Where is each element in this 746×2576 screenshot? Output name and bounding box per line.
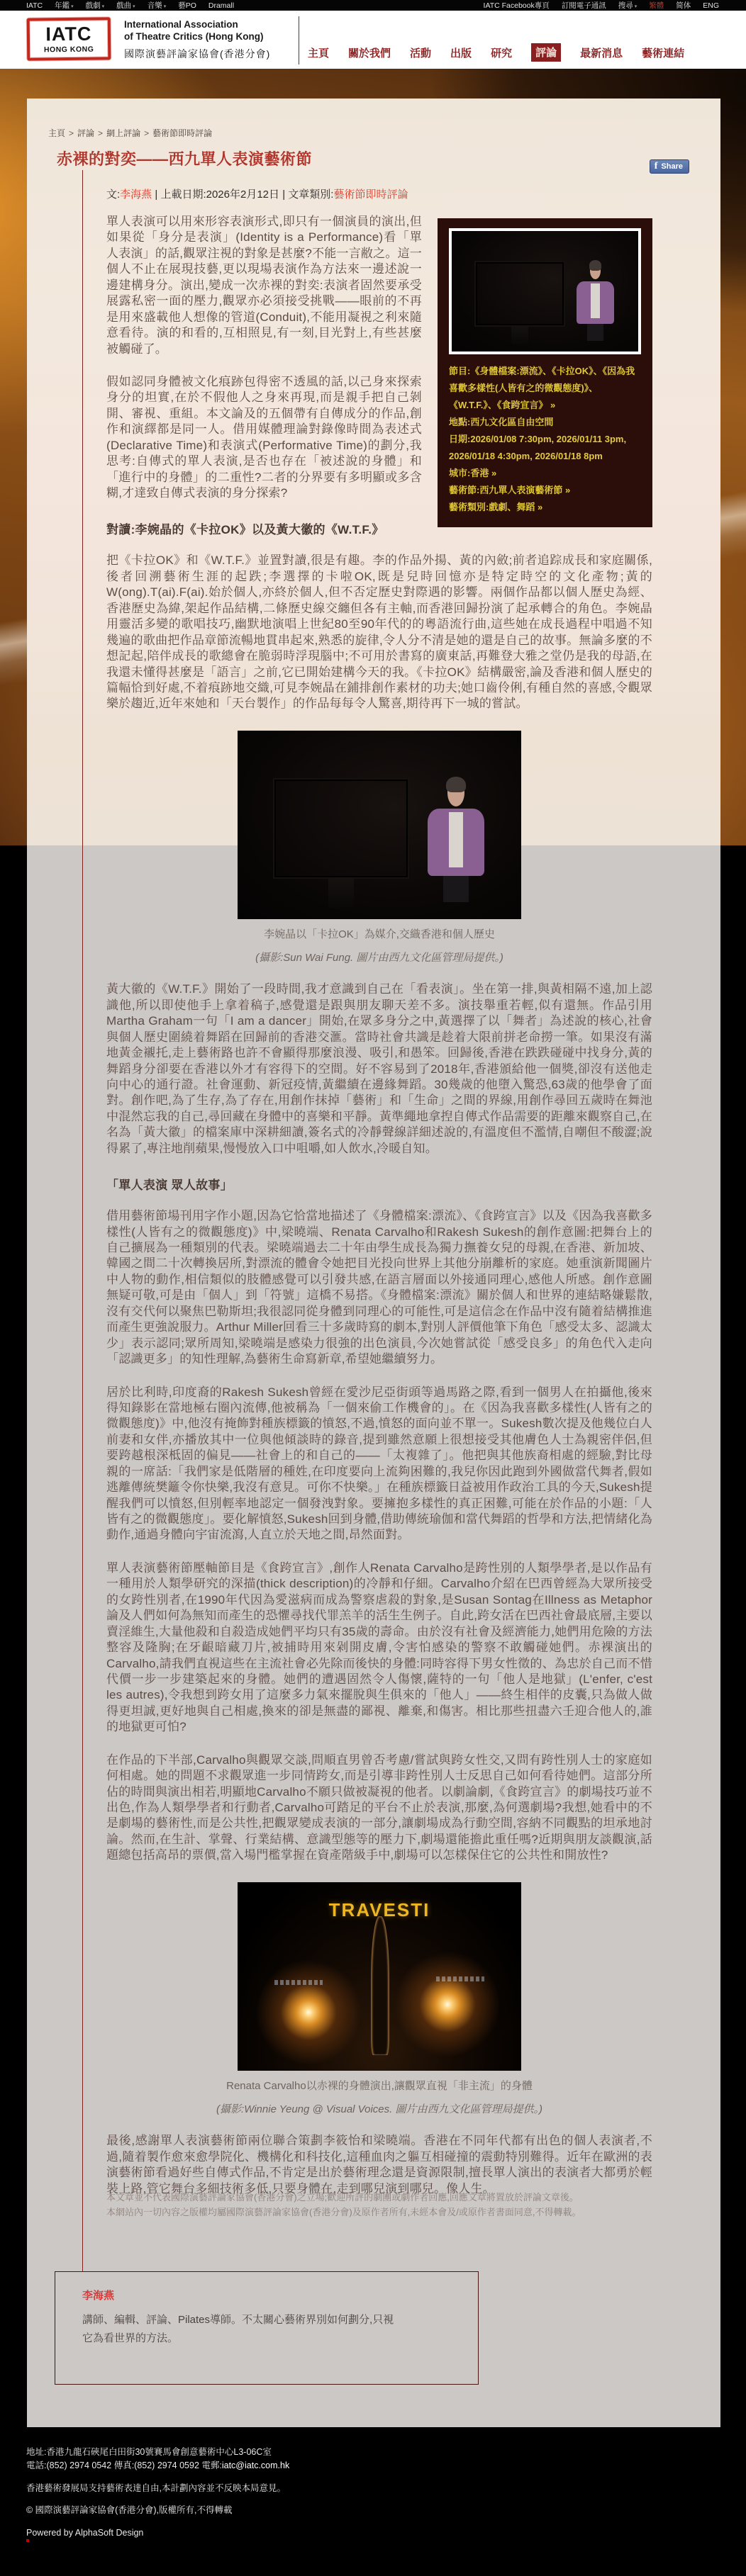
surtitle-text [436, 1976, 484, 1981]
author-bio-text: 講師、編輯、評論、Pilates導師。不太關心藝術界別如何劃分,只視它為看世界的… [82, 2311, 401, 2349]
breadcrumb-online-reviews[interactable]: 網上評論 [106, 128, 140, 138]
figure-caption: 李婉晶以「卡拉OK」為媒介,交織香港和個人歷史 [106, 926, 652, 943]
meta-category-label: 文章類別: [288, 189, 333, 201]
meta-date: 2026年2月12日 [206, 189, 279, 201]
topbar-link-music[interactable]: 音樂▾ [147, 0, 167, 11]
share-label: Share [661, 162, 683, 171]
stage-light-flare [382, 1946, 513, 2063]
breadcrumb-festival-reviews[interactable]: 藝術節即時評論 [152, 128, 212, 138]
lang-traditional[interactable]: 繁體 [649, 0, 664, 11]
topbar-link-artpo[interactable]: 藝PO [178, 0, 196, 11]
figure-travesti: TRAVESTI Renata Carvalho以赤裸的身體演出,讓觀眾直視「非… [106, 1882, 652, 2118]
disclaimer-line: 本網站內一切內容之版權均屬國際演藝評論家協會(香港分會)及原作者所有,未經本會及… [106, 2205, 659, 2220]
site-footer: 地址:香港九龍石硤尾白田街30號賽馬會創意藝術中心L3-06C室 電話:(852… [0, 2427, 746, 2576]
info-city[interactable]: 城市:香港 » [449, 465, 641, 482]
org-name-en-1: International Association [124, 19, 270, 31]
tv-screen [476, 262, 564, 325]
iatc-logo[interactable]: IATC HONG KONG [27, 17, 111, 60]
article-left-rule [82, 170, 83, 2271]
footer-dot-link[interactable] [26, 2539, 29, 2542]
paragraph: 單人表演藝術節壓軸節目是《食跨宣言》,創作人Renata Carvalho是跨性… [106, 1560, 652, 1736]
karaoke-stage-photo [452, 231, 638, 351]
article-meta: 文:李海燕 | 上載日期:2026年2月12日 | 文章類別:藝術節即時評論 [106, 186, 652, 201]
topbar-link-opera[interactable]: 戲曲▾ [116, 0, 135, 11]
production-photo-thumbnail [449, 228, 641, 354]
info-venue: 地點:西九文化區自由空間 [449, 414, 641, 431]
nav-activities[interactable]: 活動 [410, 45, 431, 60]
meta-date-label: 上載日期: [160, 189, 206, 201]
footer-email-link[interactable]: iatc@iatc.com.hk [222, 2460, 289, 2470]
nav-research[interactable]: 研究 [491, 45, 512, 60]
info-dates: 日期:2026/01/08 7:30pm, 2026/01/11 3pm, 20… [449, 431, 641, 465]
author-bio-box: 李海燕 講師、編輯、評論、Pilates導師。不太關心藝術界別如何劃分,只視它為… [55, 2271, 479, 2385]
paragraph: 居於比利時,印度裔的Rakesh Sukesh曾經在愛沙尼亞街頭等過馬路之際,看… [106, 1385, 652, 1543]
nav-publications[interactable]: 出版 [450, 45, 472, 60]
logo-text: IATC [45, 24, 91, 44]
topbar-link-yearbook[interactable]: 年鑑▾ [55, 0, 74, 11]
subhead-solo-stories: 「單人表演 眾人故事」 [106, 1175, 652, 1193]
paragraph: 黃大徽的《W.T.F.》開始了一段時間,我才意識到自己在「看表演」。坐在第一排,… [106, 982, 652, 1157]
tv-screen [274, 780, 408, 877]
org-name-en-2: of Theatre Critics (Hong Kong) [124, 31, 270, 43]
karaoke-stage-photo-large [238, 731, 521, 919]
footer-contact: 電話:(852) 2974 0542 傳真:(852) 2974 0592 電郵… [26, 2459, 746, 2473]
paragraph: 把《卡拉OK》和《W.T.F.》並置對讀,很是有趣。李的作品外揚、黃的內斂;前者… [106, 553, 652, 712]
paragraph: 最後,感謝單人表演藝術節兩位聯合策劃李筱怡和梁曉端。香港在不同年代都有出色的個人… [106, 2133, 652, 2197]
logo-subtext: HONG KONG [44, 45, 94, 54]
figure-karaoke: 李婉晶以「卡拉OK」為媒介,交織香港和個人歷史 (攝影:Sun Wai Fung… [106, 731, 652, 967]
footer-powered-by: Powered by AlphaSoft Design [26, 2526, 746, 2540]
content-column: 主頁>評論>網上評論>藝術節即時評論 赤裸的對奕——西九單人表演藝術節 f Sh… [27, 99, 720, 2427]
performer-figure [428, 777, 484, 902]
info-programme[interactable]: 節目:《身體檔案:漂流》、《卡拉OK》、《因為我喜歡多樣性(人皆有之的微觀態度)… [449, 363, 641, 414]
meta-author-link[interactable]: 李海燕 [120, 189, 152, 201]
facebook-icon: f [655, 161, 658, 172]
chevron-down-icon: ▾ [102, 4, 105, 9]
main-nav: 主頁 關於我們 活動 出版 研究 評論 最新消息 藝術連結 [308, 43, 684, 62]
disclaimer: 本文章並不代表國際演藝評論家協會(香港分會)之立場;歡迎所評的劇團或劇作者回應,… [106, 2190, 659, 2220]
footer-contact-block: 地址:香港九龍石硤尾白田街30號賽馬會創意藝術中心L3-06C室 電話:(852… [26, 2446, 746, 2473]
facebook-share-button[interactable]: f Share [650, 159, 689, 174]
footer-address: 地址:香港九龍石硤尾白田街30號賽馬會創意藝術中心L3-06C室 [26, 2446, 746, 2459]
topbar-left-links: IATC 年鑑▾ 戲劇▾ 戲曲▾ 音樂▾ 藝PO Dramall [26, 0, 234, 11]
nav-about[interactable]: 關於我們 [348, 45, 391, 60]
site-header: IATC HONG KONG International Association… [0, 11, 746, 69]
page-title: 赤裸的對奕——西九單人表演藝術節 [57, 147, 720, 169]
nav-news[interactable]: 最新消息 [580, 45, 623, 60]
breadcrumb-home[interactable]: 主頁 [48, 128, 65, 138]
topbar-link-facebook[interactable]: IATC Facebook專頁 [484, 0, 550, 11]
nav-art-links[interactable]: 藝術連結 [642, 45, 684, 60]
author-name-link[interactable]: 李海燕 [82, 2288, 457, 2302]
meta-category-link[interactable]: 藝術節即時評論 [333, 189, 408, 201]
footer-copyright: © 國際演藝評論家協會(香港分會),版權所有,不得轉載 [26, 2504, 746, 2517]
footer-adc-statement: 香港藝術發展局支持藝術表達自由,本計劃內容並不反映本局意見。 [26, 2482, 746, 2495]
info-genre[interactable]: 藝術類別:戲劇、舞蹈 » [449, 499, 641, 516]
breadcrumb-reviews[interactable]: 評論 [77, 128, 94, 138]
topbar-right-links: IATC Facebook專頁 訂閱電子通訊 搜尋▾ 繁體 简体 ENG [484, 0, 719, 11]
meta-author-label: 文: [106, 189, 120, 201]
chevron-down-icon: ▾ [164, 4, 167, 9]
performer-silhouette [371, 1916, 389, 2056]
disclaimer-line: 本文章並不代表國際演藝評論家協會(香港分會)之立場;歡迎所評的劇團或劇作者回應,… [106, 2190, 659, 2205]
chevron-down-icon: ▾ [635, 4, 638, 9]
topbar-link-dramall[interactable]: Dramall [208, 1, 234, 10]
top-utility-bar: IATC 年鑑▾ 戲劇▾ 戲曲▾ 音樂▾ 藝PO Dramall IATC Fa… [0, 0, 746, 11]
breadcrumb: 主頁>評論>網上評論>藝術節即時評論 [27, 99, 720, 139]
figure-photo-credit: (攝影:Sun Wai Fung. 圖片由西九文化區管理局提供。) [106, 950, 652, 966]
topbar-link-search[interactable]: 搜尋▾ [618, 0, 638, 11]
topbar-link-drama[interactable]: 戲劇▾ [86, 0, 105, 11]
lang-simplified[interactable]: 简体 [676, 0, 691, 11]
nav-home[interactable]: 主頁 [308, 45, 329, 60]
paragraph: 借用藝術節場刊用字作小題,因為它恰當地描述了《身體檔案:漂流》、《食跨宣言》以及… [106, 1208, 652, 1367]
org-name-zh: 國際演藝評論家協會(香港分會) [124, 47, 270, 61]
performer-figure [577, 261, 614, 341]
org-name: International Association of Theatre Cri… [124, 19, 270, 61]
paragraph: 在作品的下半部,Carvalho與觀眾交談,問順直男曾否考慮/嘗試與跨女性交,又… [106, 1753, 652, 1864]
chevron-down-icon: ▾ [133, 4, 135, 9]
topbar-link-newsletter[interactable]: 訂閱電子通訊 [562, 0, 606, 11]
figure-photo-credit: (攝影:Winnie Yeung @ Visual Voices. 圖片由西九文… [106, 2101, 652, 2117]
chevron-down-icon: ▾ [71, 4, 74, 9]
figure-caption: Renata Carvalho以赤裸的身體演出,讓觀眾直視「非主流」的身體 [106, 2078, 652, 2094]
surtitle-text [274, 1980, 323, 1985]
nav-reviews-active[interactable]: 評論 [531, 43, 561, 62]
article-body: 文:李海燕 | 上載日期:2026年2月12日 | 文章類別:藝術節即時評論 [106, 186, 652, 2197]
travesti-stage-photo: TRAVESTI [238, 1882, 521, 2071]
header-divider [299, 16, 299, 64]
production-info-panel: 節目:《身體檔案:漂流》、《卡拉OK》、《因為我喜歡多樣性(人皆有之的微觀態度)… [438, 218, 652, 527]
stage-light-flare [243, 1954, 374, 2071]
topbar-link-iatc[interactable]: IATC [26, 1, 43, 10]
lang-english[interactable]: ENG [703, 1, 719, 10]
info-festival[interactable]: 藝術節:西九單人表演藝術節 » [449, 482, 641, 499]
